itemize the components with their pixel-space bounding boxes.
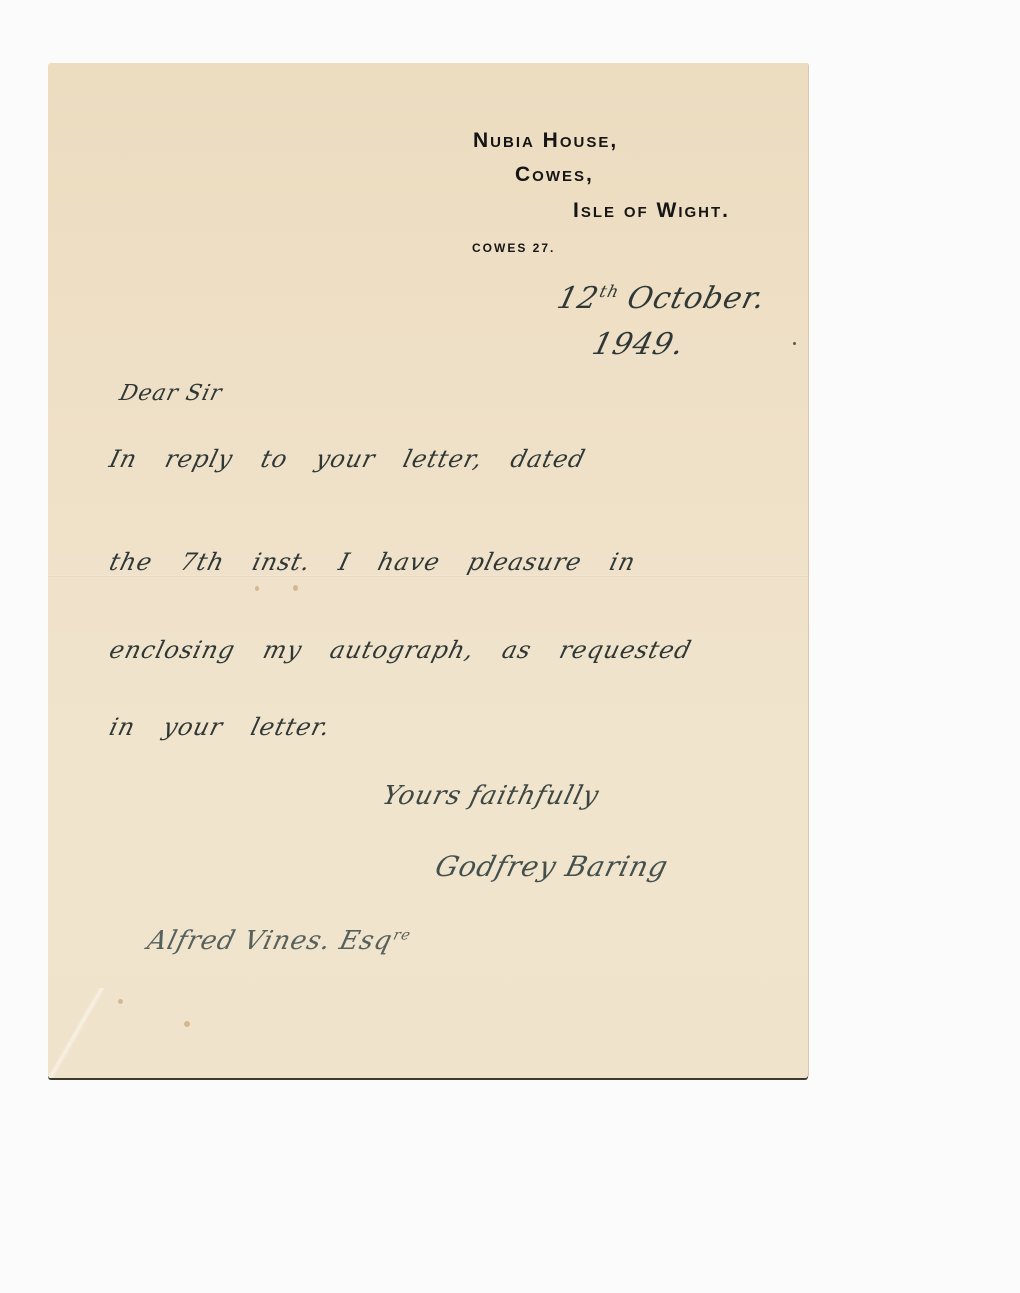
handwritten-date-day-month: 12th October. <box>554 281 770 316</box>
date-day: 12 <box>554 281 603 316</box>
foxing-spot <box>793 342 796 345</box>
foxing-spot <box>293 585 298 591</box>
signature: Godfrey Baring <box>432 850 672 883</box>
date-day-suffix: th <box>598 282 622 301</box>
closing: Yours faithfully <box>379 781 602 811</box>
salutation: Dear Sir <box>117 381 225 406</box>
foxing-spot <box>118 999 123 1004</box>
letterhead-island: Isle of Wight. <box>573 199 730 223</box>
letterhead-town: Cowes, <box>515 163 594 187</box>
addressee-suffix: re <box>391 927 412 943</box>
body-line-4: in your letter. <box>107 713 334 741</box>
body-line-2: the 7th inst. I have pleasure in <box>107 548 639 576</box>
addressee: Alfred Vines. Esqre <box>144 926 413 956</box>
letter-paper: Nubia House, Cowes, Isle of Wight. COWES… <box>48 63 808 1078</box>
date-month: October. <box>624 281 770 316</box>
body-line-3: enclosing my autograph, as requested <box>107 636 695 664</box>
foxing-spot <box>255 586 259 591</box>
letterhead-house-name: Nubia House, <box>473 129 618 153</box>
letterhead-telephone: COWES 27. <box>472 241 555 255</box>
handwritten-date-year: 1949. <box>589 327 689 362</box>
foxing-spot <box>184 1021 190 1027</box>
body-line-1: In reply to your letter, dated <box>107 445 589 473</box>
addressee-name: Alfred Vines. Esq <box>144 926 396 956</box>
